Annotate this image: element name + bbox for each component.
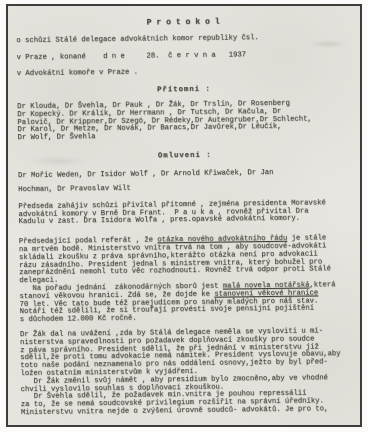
- excused-list: Dr Mořic Weden, Dr Isidor Wolf , Dr Arno…: [18, 165, 352, 197]
- document-header: o schůzi Stálé delegace advokátních komo…: [16, 34, 350, 79]
- paragraph-line: Ministerstvu vnitra nejde o zvýšení úrov…: [21, 406, 355, 418]
- present-list: Dr Klouda, Dr Švehla, Dr Pauk , Dr Žák, …: [17, 100, 351, 143]
- document-body: P r o t o k o l o schůzi Stálé delegace …: [16, 10, 355, 423]
- header-line: v Advokátní komoře v Praze .: [17, 67, 351, 79]
- header-line: o schůzi Stálé delegace advokátních komo…: [16, 34, 350, 46]
- paragraph-opening: Předseda zahájiv schůzi přivítal přítomn…: [18, 200, 352, 227]
- header-line: v Praze , konané d n e 28. č e r v n a 1…: [17, 51, 351, 63]
- present-heading: Přítomni :: [17, 85, 351, 97]
- paragraph-line: Kadulu v zast. Dra Isidora Wolfa , pres.…: [19, 215, 353, 227]
- scanned-page: P r o t o k o l o schůzi Stálé delegace …: [6, 4, 362, 427]
- paragraph-novela: Na pořadu jednání zákonodárných sborů je…: [19, 282, 353, 325]
- page-title: P r o t o k o l: [16, 17, 350, 29]
- paragraph-report: Předsedající podal referát , že otázka n…: [19, 235, 354, 286]
- excused-heading: Omluveni :: [18, 151, 352, 163]
- paragraph-svehla: Dr Švehla sdělil, že požadavek min.vnitr…: [21, 390, 355, 417]
- paragraph-zak: Dr Žák dal na uvážení ,zda by Stálá dele…: [20, 328, 355, 394]
- excused-line: Hochman, Dr Pravoslav Wilt: [18, 179, 352, 197]
